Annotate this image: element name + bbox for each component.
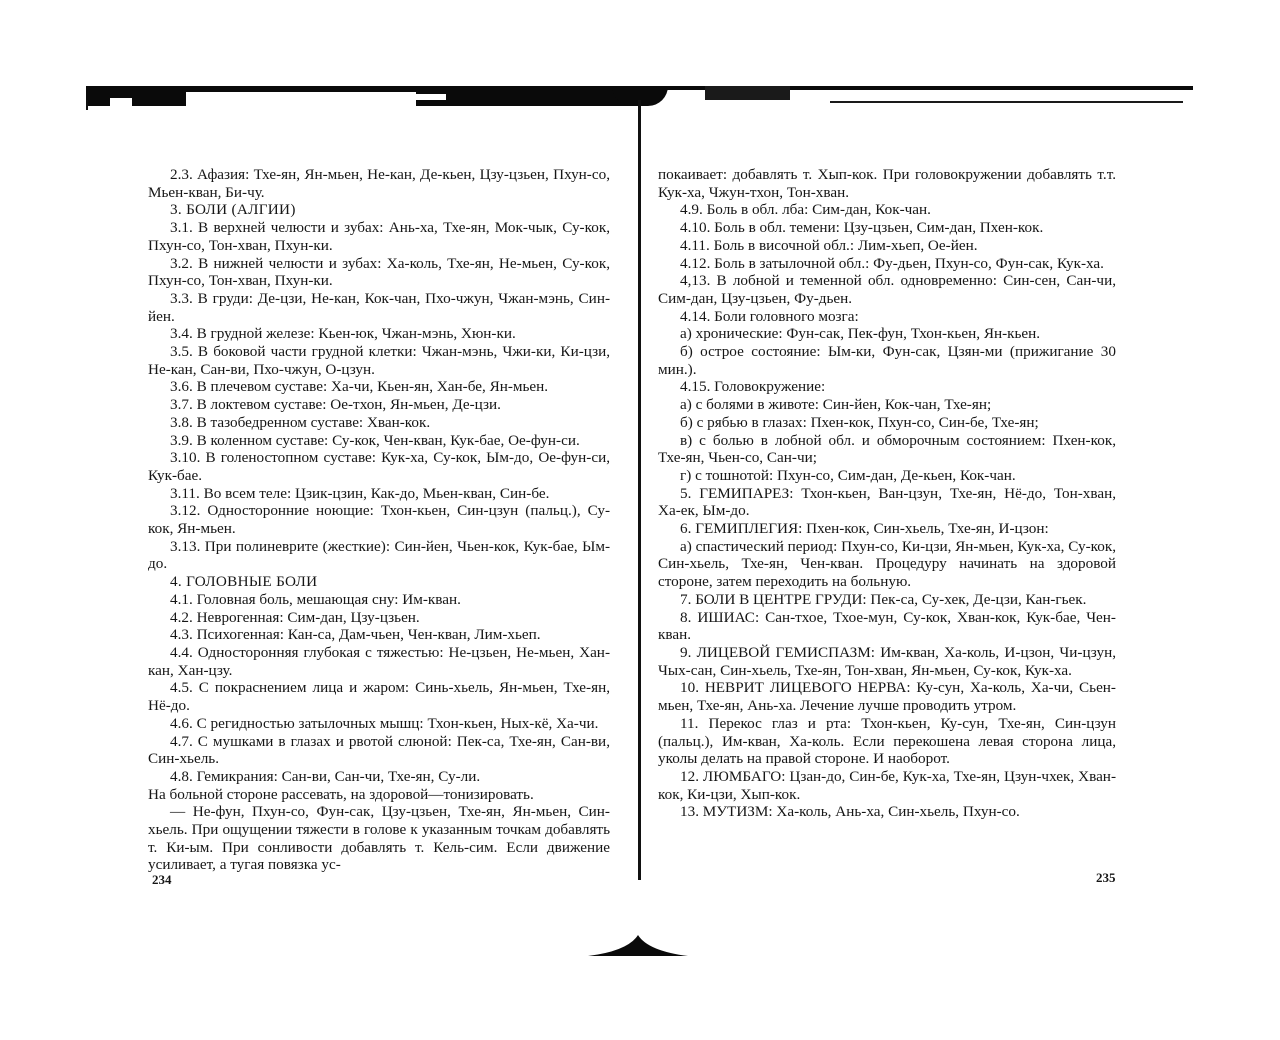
paragraph: 3.5. В боковой части грудной клетки: Чжа… — [148, 343, 610, 378]
paragraph: 4.5. С покраснением лица и жаром: Синь-х… — [148, 679, 610, 714]
section-heading: 4. ГОЛОВНЫЕ БОЛИ — [148, 573, 610, 591]
paragraph: 8. ИШИАС: Сан-тхое, Тхое-мун, Су-кок, Хв… — [658, 609, 1116, 644]
paragraph: г) с тошнотой: Пхун-со, Сим-дан, Де-кьен… — [658, 467, 1116, 485]
paragraph: 4.6. С регидностью затылочных мышц: Тхон… — [148, 715, 610, 733]
paragraph: 2.3. Афазия: Тхе-ян, Ян-мьен, Не-кан, Де… — [148, 166, 610, 201]
scan-top-edge-left — [86, 86, 634, 106]
paragraph: 4,13. В лобной и теменной обл. одновреме… — [658, 272, 1116, 307]
paragraph: в) с болью в лобной обл. и обморочным со… — [658, 432, 1116, 467]
paragraph: 3.2. В нижней челюсти и зубах: Ха-коль, … — [148, 255, 610, 290]
paragraph: 4.15. Головокружение: — [658, 378, 1116, 396]
paragraph: б) острое состояние: Ым-ки, Фун-сак, Цзя… — [658, 343, 1116, 378]
scan-top-rule — [830, 101, 1183, 103]
paragraph: 5. ГЕМИПАРЕЗ: Тхон-кьен, Ван-цзун, Тхе-я… — [658, 485, 1116, 520]
paragraph: 12. ЛЮМБАГО: Цзан-до, Син-бе, Кук-ха, Тх… — [658, 768, 1116, 803]
section-heading: 3. БОЛИ (АЛГИИ) — [148, 201, 610, 219]
scan-left-edge — [86, 100, 88, 110]
paragraph: 13. МУТИЗМ: Ха-коль, Ань-ха, Син-хьель, … — [658, 803, 1116, 821]
paragraph: 6. ГЕМИПЛЕГИЯ: Пхен-кок, Син-хьель, Тхе-… — [658, 520, 1116, 538]
paragraph: 3.11. Во всем теле: Цзик-цзин, Как-до, М… — [148, 485, 610, 503]
left-page: 2.3. Афазия: Тхе-ян, Ян-мьен, Не-кан, Де… — [148, 166, 610, 874]
paragraph: 9. ЛИЦЕВОЙ ГЕМИСПАЗМ: Им-кван, Ха-коль, … — [658, 644, 1116, 679]
paragraph: 3.10. В голеностопном суставе: Кук-ха, С… — [148, 449, 610, 484]
paragraph: 3.6. В плечевом суставе: Ха-чи, Кьен-ян,… — [148, 378, 610, 396]
paragraph: 3.7. В локтевом суставе: Ое-тхон, Ян-мье… — [148, 396, 610, 414]
left-page-number: 234 — [152, 872, 172, 888]
paragraph: 10. НЕВРИТ ЛИЦЕВОГО НЕРВА: Ку-сун, Ха-ко… — [658, 679, 1116, 714]
paragraph: а) хронические: Фун-сак, Пек-фун, Тхон-к… — [658, 325, 1116, 343]
book-spine — [638, 100, 641, 880]
paragraph: покаивает: добавлять т. Хып-кок. При гол… — [658, 166, 1116, 201]
book-spine-bottom — [588, 935, 688, 957]
paragraph: 3.13. При полиневрите (жесткие): Син-йен… — [148, 538, 610, 573]
paragraph: 4.11. Боль в височной обл.: Лим-хьеп, Ое… — [658, 237, 1116, 255]
paragraph: б) с рябью в глазах: Пхен-кок, Пхун-со, … — [658, 414, 1116, 432]
paragraph: а) с болями в животе: Син-йен, Кок-чан, … — [658, 396, 1116, 414]
right-page: покаивает: добавлять т. Хып-кок. При гол… — [658, 166, 1116, 821]
paragraph: 4.14. Боли головного мозга: — [658, 308, 1116, 326]
paragraph: 4.8. Гемикрания: Сан-ви, Сан-чи, Тхе-ян,… — [148, 768, 610, 786]
paragraph: На больной стороне рассевать, на здорово… — [148, 786, 610, 804]
paragraph: 4.7. С мушками в глазах и рвотой слюной:… — [148, 733, 610, 768]
paragraph: 4.2. Неврогенная: Сим-дан, Цзу-цзьен. — [148, 609, 610, 627]
right-page-number: 235 — [1096, 870, 1116, 886]
paragraph: 4.10. Боль в обл. темени: Цзу-цзьен, Сим… — [658, 219, 1116, 237]
paragraph: 3.4. В грудной железе: Кьен-юк, Чжан-мэн… — [148, 325, 610, 343]
paragraph: а) спастический период: Пхун-со, Ки-цзи,… — [658, 538, 1116, 591]
paragraph: 7. БОЛИ В ЦЕНТРЕ ГРУДИ: Пек-са, Су-хек, … — [658, 591, 1116, 609]
paragraph: 4.4. Односторонняя глубокая с тяжестью: … — [148, 644, 610, 679]
paragraph: — Не-фун, Пхун-со, Фун-сак, Цзу-цзьен, Т… — [148, 803, 610, 874]
paragraph: 3.3. В груди: Де-цзи, Не-кан, Кок-чан, П… — [148, 290, 610, 325]
paragraph: 4.12. Боль в затылочной обл.: Фу-дьен, П… — [658, 255, 1116, 273]
paragraph: 3.1. В верхней челюсти и зубах: Ань-ха, … — [148, 219, 610, 254]
paragraph: 4.1. Головная боль, мешающая сну: Им-ква… — [148, 591, 610, 609]
paragraph: 3.8. В тазобедренном суставе: Хван-кок. — [148, 414, 610, 432]
paragraph: 3.9. В коленном суставе: Су-кок, Чен-ква… — [148, 432, 610, 450]
paragraph: 11. Перекос глаз и рта: Тхон-кьен, Ку-су… — [658, 715, 1116, 768]
paragraph: 4.3. Психогенная: Кан-са, Дам-чьен, Чен-… — [148, 626, 610, 644]
scan-top-edge-right — [640, 86, 1193, 90]
paragraph: 3.12. Односторонние ноющие: Тхон-кьен, С… — [148, 502, 610, 537]
paragraph: 4.9. Боль в обл. лба: Сим-дан, Кок-чан. — [658, 201, 1116, 219]
